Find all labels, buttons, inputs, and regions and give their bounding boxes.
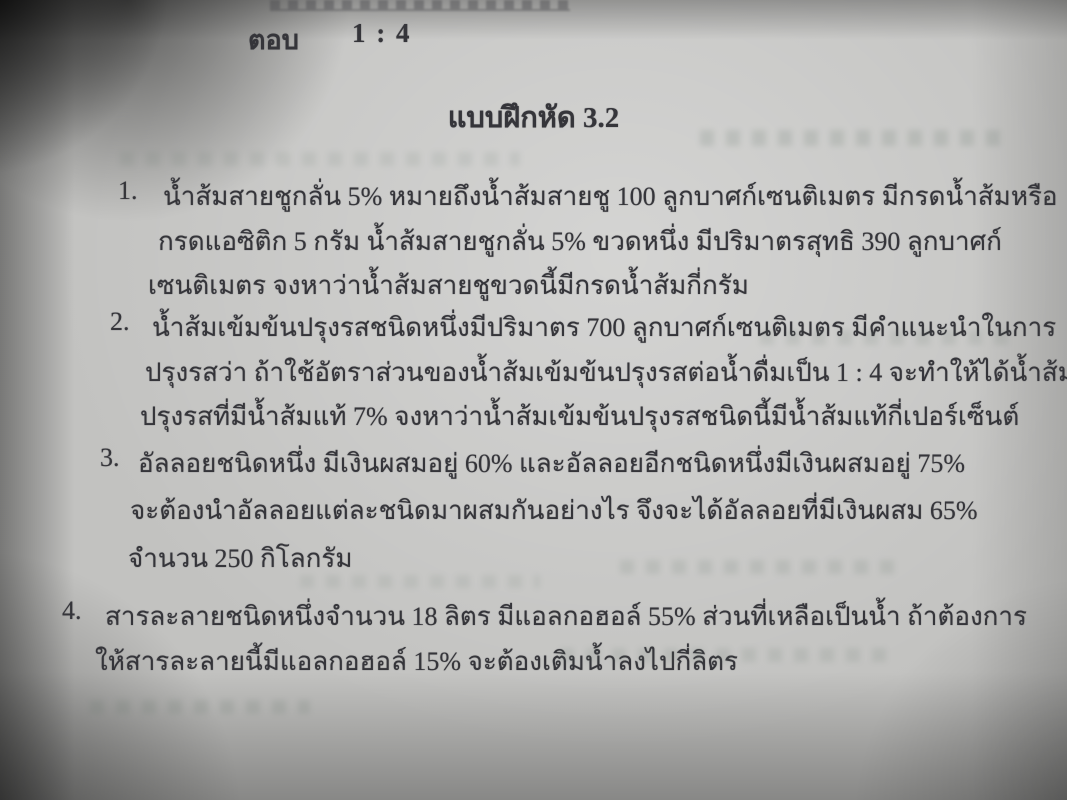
problem-2-line-3: ปรุงรสที่มีน้ำส้มแท้ 7% จงหาว่าน้ำส้มเข้… (140, 396, 1019, 437)
problem-1-number: 1. (118, 176, 138, 206)
problem-1-line-2: กรดแอซิติก 5 กรัม น้ำส้มสายชูกลั่น 5% ขว… (158, 221, 1002, 262)
problem-1-line-3: เซนติเมตร จงหาว่าน้ำส้มสายชูขวดนี้มีกรดน… (148, 265, 749, 306)
problem-1-line-1: น้ำส้มสายชูกลั่น 5% หมายถึงน้ำส้มสายชู 1… (163, 176, 1058, 217)
cropped-text-remnant (270, 0, 570, 11)
problem-2-line-1: น้ำส้มเข้มข้นปรุงรสชนิดหนึ่งมีปริมาตร 70… (152, 307, 1056, 348)
exercise-heading: แบบฝึกหัด 3.2 (0, 94, 1067, 140)
answer-label: ตอบ (248, 18, 299, 61)
problem-2-line-2: ปรุงรสว่า ถ้าใช้อัตราส่วนของน้ำส้มเข้มข้… (145, 352, 1067, 393)
problem-3-number: 3. (100, 443, 120, 473)
bleedthrough-smudge (120, 152, 520, 166)
problem-4-line-2: ให้สารละลายนี้มีแอลกอฮอล์ 15% จะต้องเติม… (95, 641, 738, 682)
problem-4-number: 4. (62, 596, 82, 626)
problem-3-line-1: อัลลอยชนิดหนึ่ง มีเงินผสมอยู่ 60% และอัล… (138, 443, 965, 484)
problem-3-line-2: จะต้องนำอัลลอยแต่ละชนิดมาผสมกันอย่างไร จ… (130, 490, 978, 531)
problem-2-number: 2. (110, 307, 130, 337)
problem-4-line-1: สารละลายชนิดหนึ่งจำนวน 18 ลิตร มีแอลกอฮอ… (105, 596, 1027, 637)
bleedthrough-smudge (620, 560, 900, 574)
bleedthrough-smudge (90, 700, 310, 714)
problem-3-line-3: จำนวน 250 กิโลกรัม (128, 538, 352, 579)
textbook-page-photo: ตอบ 1 : 4 แบบฝึกหัด 3.2 1. น้ำส้มสายชูกล… (0, 0, 1067, 800)
answer-value: 1 : 4 (352, 18, 412, 49)
